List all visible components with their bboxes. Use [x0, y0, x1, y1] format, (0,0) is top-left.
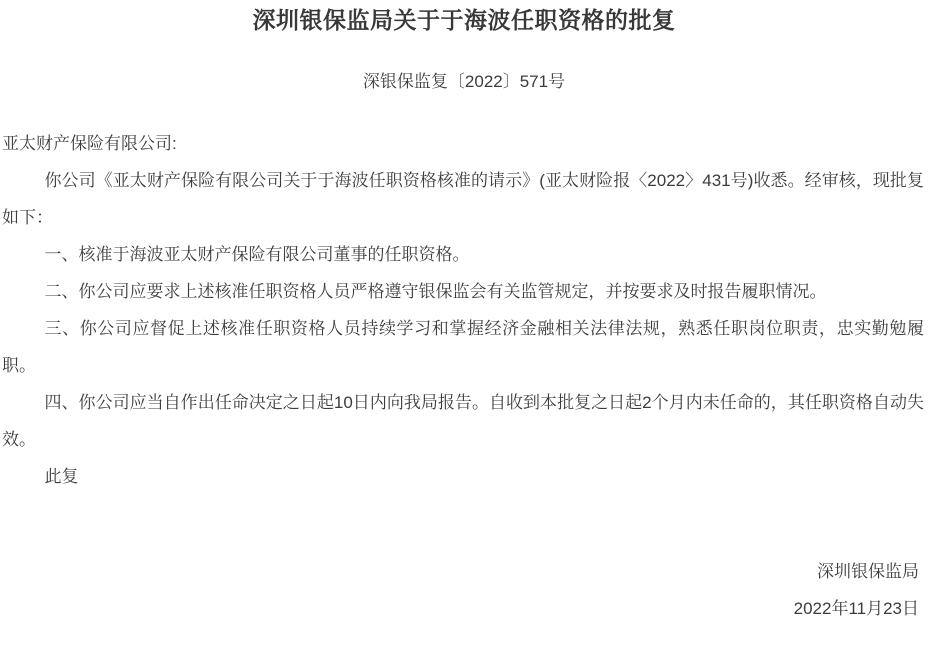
paragraph-item-4: 四、你公司应当自作出任命决定之日起10日内向我局报告。自收到本批复之日起2个月内…	[2, 384, 924, 458]
paragraph-intro: 你公司《亚太财产保险有限公司关于于海波任职资格核准的请示》(亚太财险报〈2022…	[2, 162, 924, 236]
signature-block: 深圳银保监局 2022年11月23日	[0, 553, 928, 627]
salutation: 亚太财产保险有限公司:	[2, 125, 924, 162]
paragraph-item-3: 三、你公司应督促上述核准任职资格人员持续学习和掌握经济金融相关法律法规，熟悉任职…	[2, 310, 924, 384]
issuer-signature: 深圳银保监局	[0, 553, 919, 590]
paragraph-item-1: 一、核准于海波亚太财产保险有限公司董事的任职资格。	[2, 236, 924, 273]
document-number: 深银保监复〔2022〕571号	[0, 70, 928, 94]
issue-date: 2022年11月23日	[0, 590, 919, 627]
closing-phrase: 此复	[2, 458, 924, 495]
paragraph-item-2: 二、你公司应要求上述核准任职资格人员严格遵守银保监会有关监管规定，并按要求及时报…	[2, 273, 924, 310]
document-page: 深圳银保监局关于于海波任职资格的批复 深银保监复〔2022〕571号 亚太财产保…	[0, 0, 928, 655]
document-title: 深圳银保监局关于于海波任职资格的批复	[0, 0, 928, 34]
document-body: 亚太财产保险有限公司: 你公司《亚太财产保险有限公司关于于海波任职资格核准的请示…	[0, 125, 928, 495]
